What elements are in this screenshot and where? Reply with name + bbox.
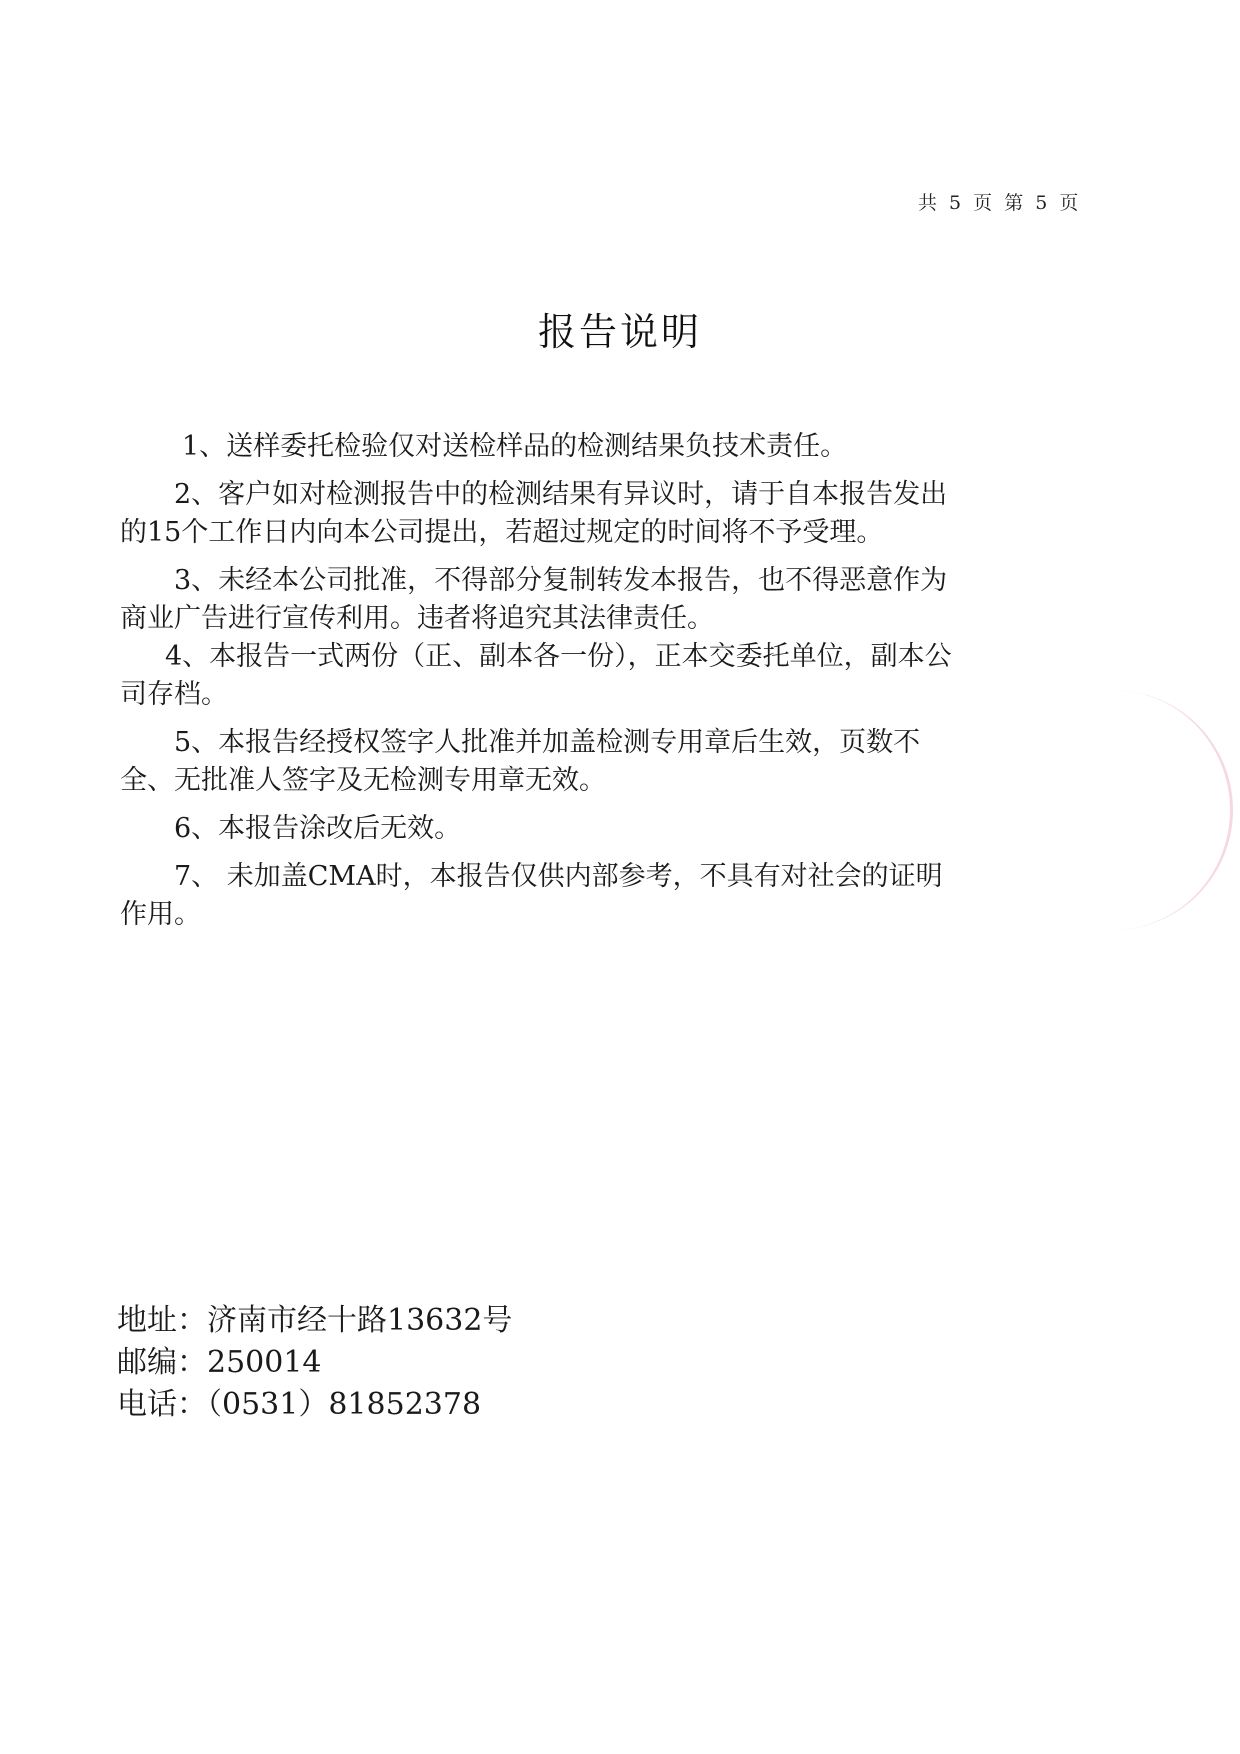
note-7: 7、 未加盖CMA时，本报告仅供内部参考，不具有对社会的证明作用。: [120, 858, 960, 934]
postcode-row: 邮编：250014: [117, 1342, 512, 1384]
note-6: 6、本报告涂改后无效。: [120, 810, 960, 848]
address-row: 地址：济南市经十路13632号: [117, 1300, 512, 1342]
postcode-value: 250014: [207, 1345, 322, 1380]
address-label: 地址：: [117, 1303, 207, 1338]
note-5: 5、本报告经授权签字人批准并加盖检测专用章后生效，页数不全、无批准人签字及无检测…: [120, 724, 960, 800]
report-notes: 1、送样委托检验仅对送检样品的检测结果负技术责任。 2、客户如对检测报告中的检测…: [120, 428, 960, 934]
note-2: 2、客户如对检测报告中的检测结果有异议时，请于自本报告发出的15个工作日内向本公…: [120, 476, 960, 552]
document-title: 报告说明: [0, 301, 1240, 356]
address-value: 济南市经十路13632号: [207, 1303, 512, 1338]
note-4: 4、本报告一式两份（正、副本各一份），正本交委托单位，副本公司存档。: [120, 638, 960, 714]
note-1: 1、送样委托检验仅对送检样品的检测结果负技术责任。: [120, 428, 960, 466]
seal-stamp-icon: [1110, 690, 1233, 930]
phone-label: 电话：: [117, 1387, 207, 1422]
phone-value: （0531）81852378: [207, 1387, 481, 1422]
phone-row: 电话：（0531）81852378: [117, 1384, 512, 1426]
note-3: 3、未经本公司批准，不得部分复制转发本报告，也不得恶意作为商业广告进行宣传利用。…: [120, 562, 960, 638]
page-counter: 共 5 页 第 5 页: [918, 188, 1081, 215]
postcode-label: 邮编：: [117, 1345, 207, 1380]
contact-info: 地址：济南市经十路13632号 邮编：250014 电话：（0531）81852…: [117, 1300, 512, 1426]
